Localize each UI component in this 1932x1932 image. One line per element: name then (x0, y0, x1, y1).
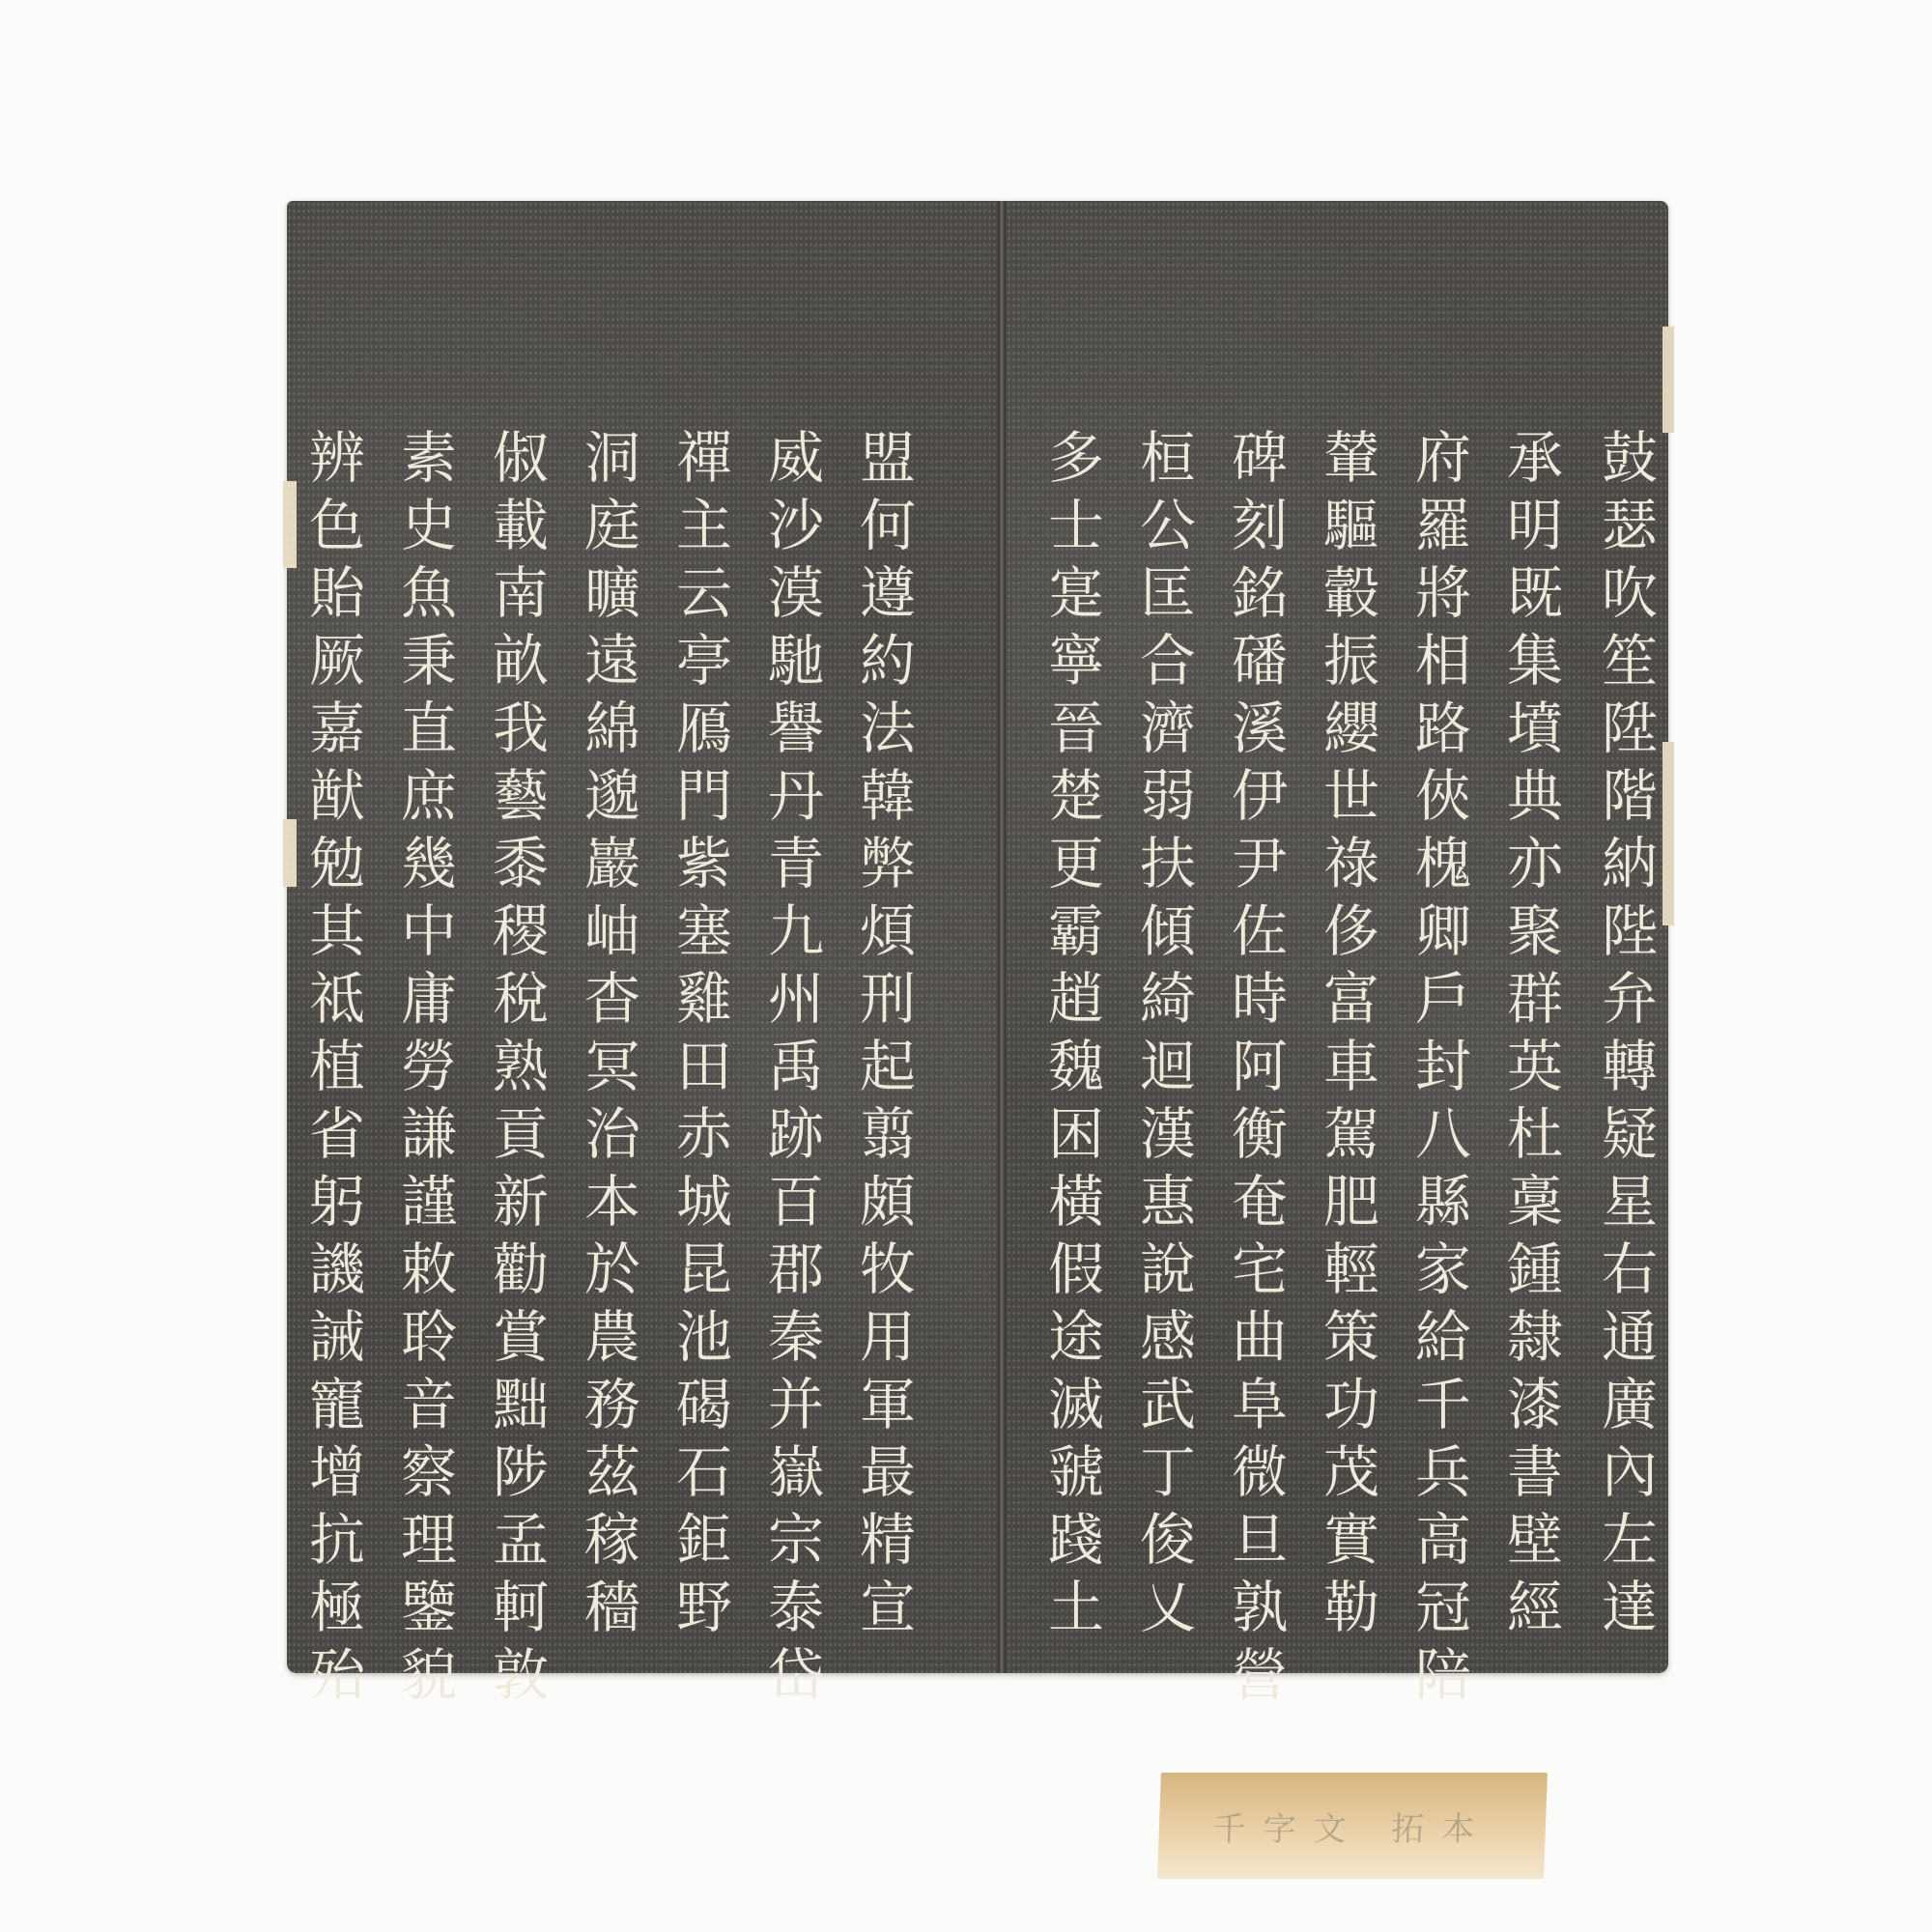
character: 策 (1323, 1309, 1379, 1377)
character: 農 (584, 1309, 640, 1377)
character: 感 (1140, 1309, 1196, 1377)
character: 輕 (1323, 1241, 1379, 1309)
character: 孰 (1232, 1579, 1288, 1647)
character: 熟 (493, 1038, 549, 1106)
character: 阿 (1232, 1038, 1288, 1106)
character: 功 (1323, 1377, 1379, 1444)
character: 伊 (1232, 768, 1288, 836)
character: 右 (1602, 1241, 1658, 1309)
character: 增 (309, 1444, 365, 1512)
character: 衡 (1232, 1106, 1288, 1174)
character: 武 (1140, 1377, 1196, 1444)
character: 嶽 (768, 1444, 824, 1512)
character: 綺 (1140, 971, 1196, 1038)
character: 英 (1507, 1038, 1563, 1106)
character: 明 (1507, 497, 1563, 565)
character: 纓 (1323, 700, 1379, 768)
label-slip: 千字文 拓本 (1157, 1773, 1548, 1879)
character: 沙 (768, 497, 824, 565)
character: 起 (860, 1038, 916, 1106)
text-column: 俶載南畝我藝黍稷稅熟貢新勸賞黜陟孟軻敦 (493, 430, 549, 1715)
character: 青 (768, 836, 824, 903)
character: 稅 (493, 971, 549, 1038)
character: 賞 (493, 1309, 549, 1377)
character: 譏 (309, 1241, 365, 1309)
character: 經 (1507, 1579, 1563, 1647)
character: 士 (1048, 497, 1104, 565)
character: 星 (1602, 1174, 1658, 1241)
character: 翦 (860, 1106, 916, 1174)
character: 聆 (401, 1309, 457, 1377)
character: 刻 (1232, 497, 1288, 565)
character: 書 (1507, 1444, 1563, 1512)
character: 猷 (309, 768, 365, 836)
character: 漠 (768, 565, 824, 633)
character: 尹 (1232, 836, 1288, 903)
character: 驅 (1323, 497, 1379, 565)
character: 主 (676, 497, 732, 565)
character: 約 (860, 633, 916, 700)
character: 侈 (1323, 903, 1379, 971)
character: 宅 (1232, 1241, 1288, 1309)
character: 匡 (1140, 565, 1196, 633)
character: 趙 (1048, 971, 1104, 1038)
text-column: 辨色貽厥嘉猷勉其祗植省躬譏誡寵增抗極殆 (309, 430, 365, 1715)
character: 牧 (860, 1241, 916, 1309)
character: 宗 (768, 1512, 824, 1579)
character: 貌 (401, 1647, 457, 1715)
character: 極 (309, 1579, 365, 1647)
character: 溪 (1232, 700, 1288, 768)
character: 轉 (1602, 1038, 1658, 1106)
text-column: 輦驅轂振纓世祿侈富車駕肥輕策功茂實勒 (1323, 430, 1379, 1647)
character: 俠 (1415, 768, 1471, 836)
character: 營 (1232, 1647, 1288, 1715)
character: 封 (1415, 1038, 1471, 1106)
character: 嘉 (309, 700, 365, 768)
character: 丹 (768, 768, 824, 836)
character: 赤 (676, 1106, 732, 1174)
character: 謙 (401, 1106, 457, 1174)
character: 躬 (309, 1174, 365, 1241)
character: 塞 (676, 903, 732, 971)
character: 用 (860, 1309, 916, 1377)
character: 寔 (1048, 565, 1104, 633)
character: 載 (493, 497, 549, 565)
character: 庶 (401, 768, 457, 836)
character: 宣 (860, 1579, 916, 1647)
character: 途 (1048, 1309, 1104, 1377)
character: 千 (1415, 1377, 1471, 1444)
character: 疑 (1602, 1106, 1658, 1174)
character: 本 (584, 1174, 640, 1241)
character: 秉 (401, 633, 457, 700)
character: 陛 (1602, 903, 1658, 971)
character: 陞 (1602, 700, 1658, 768)
character: 抗 (309, 1512, 365, 1579)
character: 實 (1323, 1512, 1379, 1579)
character: 俶 (493, 430, 549, 497)
character: 理 (401, 1512, 457, 1579)
character: 微 (1232, 1444, 1288, 1512)
character: 弱 (1140, 768, 1196, 836)
character: 察 (401, 1444, 457, 1512)
character: 將 (1415, 565, 1471, 633)
character: 漆 (1507, 1377, 1563, 1444)
text-column: 碑刻銘磻溪伊尹佐時阿衡奄宅曲阜微旦孰營 (1232, 430, 1288, 1715)
character: 亭 (676, 633, 732, 700)
character: 多 (1048, 430, 1104, 497)
character: 法 (860, 700, 916, 768)
character: 集 (1507, 633, 1563, 700)
character: 泰 (768, 1579, 824, 1647)
character: 俊 (1140, 1512, 1196, 1579)
character: 畝 (493, 633, 549, 700)
character: 魏 (1048, 1038, 1104, 1106)
text-column: 威沙漠馳譽丹青九州禹跡百郡秦并嶽宗泰岱 (768, 430, 824, 1715)
torn-edge (1662, 742, 1674, 925)
character: 奄 (1232, 1174, 1288, 1241)
character: 野 (676, 1579, 732, 1647)
character: 煩 (860, 903, 916, 971)
character: 譽 (768, 700, 824, 768)
character: 軻 (493, 1579, 549, 1647)
character: 左 (1602, 1512, 1658, 1579)
character: 冠 (1415, 1579, 1471, 1647)
character: 史 (401, 497, 457, 565)
character: 鼓 (1602, 430, 1658, 497)
character: 素 (401, 430, 457, 497)
text-column: 禪主云亭鴈門紫塞雞田赤城昆池碣石鉅野 (676, 430, 732, 1647)
character: 精 (860, 1512, 916, 1579)
character: 藝 (493, 768, 549, 836)
character: 孟 (493, 1512, 549, 1579)
character: 亦 (1507, 836, 1563, 903)
character: 祗 (309, 971, 365, 1038)
text-column: 盟何遵約法韓弊煩刑起翦頗牧用軍最精宣 (860, 430, 916, 1647)
character: 公 (1140, 497, 1196, 565)
character: 戶 (1415, 971, 1471, 1038)
character: 新 (493, 1174, 549, 1241)
character: 曠 (584, 565, 640, 633)
character: 滅 (1048, 1377, 1104, 1444)
character: 威 (768, 430, 824, 497)
character: 八 (1415, 1106, 1471, 1174)
character: 阜 (1232, 1377, 1288, 1444)
character: 羅 (1415, 497, 1471, 565)
character: 祿 (1323, 836, 1379, 903)
character: 九 (768, 903, 824, 971)
character: 困 (1048, 1106, 1104, 1174)
character: 誡 (309, 1309, 365, 1377)
character: 田 (676, 1038, 732, 1106)
character: 池 (676, 1309, 732, 1377)
character: 旦 (1232, 1512, 1288, 1579)
character: 轂 (1323, 565, 1379, 633)
character: 黜 (493, 1377, 549, 1444)
text-column: 素史魚秉直庶幾中庸勞謙謹敕聆音察理鑒貌 (401, 430, 457, 1715)
label-slip-text: 千字文 拓本 (1212, 1803, 1493, 1850)
text-column: 鼓瑟吹笙陞階納陛弁轉疑星右通廣內左達 (1602, 430, 1658, 1647)
character: 殆 (309, 1647, 365, 1715)
character: 敦 (493, 1647, 549, 1715)
character: 卿 (1415, 903, 1471, 971)
character: 兵 (1415, 1444, 1471, 1512)
character: 城 (676, 1174, 732, 1241)
character: 土 (1048, 1579, 1104, 1647)
book-spine (998, 201, 1006, 1673)
character: 扶 (1140, 836, 1196, 903)
character: 杜 (1507, 1106, 1563, 1174)
character: 迴 (1140, 1038, 1196, 1106)
character: 邈 (584, 768, 640, 836)
character: 何 (860, 497, 916, 565)
character: 鴈 (676, 700, 732, 768)
character: 百 (768, 1174, 824, 1241)
character: 跡 (768, 1106, 824, 1174)
character: 縣 (1415, 1174, 1471, 1241)
character: 雞 (676, 971, 732, 1038)
character: 家 (1415, 1241, 1471, 1309)
torn-edge (283, 481, 297, 568)
character: 高 (1415, 1512, 1471, 1579)
character: 茂 (1323, 1444, 1379, 1512)
character: 庭 (584, 497, 640, 565)
character: 群 (1507, 971, 1563, 1038)
character: 弊 (860, 836, 916, 903)
character: 車 (1323, 1038, 1379, 1106)
character: 岫 (584, 903, 640, 971)
character: 廣 (1602, 1377, 1658, 1444)
character: 遵 (860, 565, 916, 633)
character: 納 (1602, 836, 1658, 903)
character: 槐 (1415, 836, 1471, 903)
character: 說 (1140, 1241, 1196, 1309)
character: 合 (1140, 633, 1196, 700)
character: 禪 (676, 430, 732, 497)
character: 陪 (1415, 1647, 1471, 1715)
character: 綿 (584, 700, 640, 768)
character: 時 (1232, 971, 1288, 1038)
character: 音 (401, 1377, 457, 1444)
character: 盟 (860, 430, 916, 497)
text-column: 桓公匡合濟弱扶傾綺迴漢惠說感武丁俊乂 (1140, 430, 1196, 1647)
character: 輦 (1323, 430, 1379, 497)
character: 巖 (584, 836, 640, 903)
character: 於 (584, 1241, 640, 1309)
character: 岱 (768, 1647, 824, 1715)
character: 既 (1507, 565, 1563, 633)
character: 弁 (1602, 971, 1658, 1038)
character: 給 (1415, 1309, 1471, 1377)
character: 丁 (1140, 1444, 1196, 1512)
character: 濟 (1140, 700, 1196, 768)
character: 植 (309, 1038, 365, 1106)
character: 石 (676, 1444, 732, 1512)
character: 中 (401, 903, 457, 971)
torn-edge (1662, 327, 1674, 433)
character: 省 (309, 1106, 365, 1174)
character: 承 (1507, 430, 1563, 497)
character: 杳 (584, 971, 640, 1038)
character: 橫 (1048, 1174, 1104, 1241)
character: 墳 (1507, 700, 1563, 768)
character: 刑 (860, 971, 916, 1038)
character: 肥 (1323, 1174, 1379, 1241)
character: 幾 (401, 836, 457, 903)
character: 我 (493, 700, 549, 768)
character: 晉 (1048, 700, 1104, 768)
character: 惠 (1140, 1174, 1196, 1241)
character: 遠 (584, 633, 640, 700)
character: 駕 (1323, 1106, 1379, 1174)
character: 治 (584, 1106, 640, 1174)
character: 寵 (309, 1377, 365, 1444)
character: 稾 (1507, 1174, 1563, 1241)
character: 秦 (768, 1309, 824, 1377)
character: 穡 (584, 1579, 640, 1647)
character: 南 (493, 565, 549, 633)
character: 更 (1048, 836, 1104, 903)
character: 寧 (1048, 633, 1104, 700)
character: 富 (1323, 971, 1379, 1038)
character: 壁 (1507, 1512, 1563, 1579)
character: 色 (309, 497, 365, 565)
character: 貢 (493, 1106, 549, 1174)
character: 最 (860, 1444, 916, 1512)
character: 漢 (1140, 1106, 1196, 1174)
character: 鉅 (676, 1512, 732, 1579)
text-column: 府羅將相路俠槐卿戶封八縣家給千兵高冠陪 (1415, 430, 1471, 1715)
character: 冥 (584, 1038, 640, 1106)
character: 紫 (676, 836, 732, 903)
character: 乂 (1140, 1579, 1196, 1647)
character: 韓 (860, 768, 916, 836)
character: 霸 (1048, 903, 1104, 971)
character: 隸 (1507, 1309, 1563, 1377)
character: 吹 (1602, 565, 1658, 633)
character: 笙 (1602, 633, 1658, 700)
character: 鍾 (1507, 1241, 1563, 1309)
character: 州 (768, 971, 824, 1038)
character: 其 (309, 903, 365, 971)
character: 勸 (493, 1241, 549, 1309)
character: 佐 (1232, 903, 1288, 971)
character: 茲 (584, 1444, 640, 1512)
character: 通 (1602, 1309, 1658, 1377)
character: 貽 (309, 565, 365, 633)
character: 世 (1323, 768, 1379, 836)
character: 陟 (493, 1444, 549, 1512)
character: 云 (676, 565, 732, 633)
character: 桓 (1140, 430, 1196, 497)
character: 勉 (309, 836, 365, 903)
character: 禹 (768, 1038, 824, 1106)
character: 振 (1323, 633, 1379, 700)
character: 踐 (1048, 1512, 1104, 1579)
character: 魚 (401, 565, 457, 633)
character: 軍 (860, 1377, 916, 1444)
character: 府 (1415, 430, 1471, 497)
character: 頗 (860, 1174, 916, 1241)
character: 敕 (401, 1241, 457, 1309)
character: 典 (1507, 768, 1563, 836)
character: 內 (1602, 1444, 1658, 1512)
character: 謹 (401, 1174, 457, 1241)
character: 稼 (584, 1512, 640, 1579)
character: 路 (1415, 700, 1471, 768)
character: 鑒 (401, 1579, 457, 1647)
character: 瑟 (1602, 497, 1658, 565)
character: 階 (1602, 768, 1658, 836)
character: 辨 (309, 430, 365, 497)
character: 磻 (1232, 633, 1288, 700)
character: 洞 (584, 430, 640, 497)
character: 達 (1602, 1579, 1658, 1647)
character: 假 (1048, 1241, 1104, 1309)
character: 務 (584, 1377, 640, 1444)
character: 曲 (1232, 1309, 1288, 1377)
character: 昆 (676, 1241, 732, 1309)
character: 門 (676, 768, 732, 836)
character: 勞 (401, 1038, 457, 1106)
character: 直 (401, 700, 457, 768)
character: 碣 (676, 1377, 732, 1444)
character: 楚 (1048, 768, 1104, 836)
torn-edge (283, 819, 297, 887)
character: 虢 (1048, 1444, 1104, 1512)
text-column: 承明既集墳典亦聚群英杜稾鍾隸漆書壁經 (1507, 430, 1563, 1647)
character: 銘 (1232, 565, 1288, 633)
character: 勒 (1323, 1579, 1379, 1647)
character: 庸 (401, 971, 457, 1038)
text-column: 多士寔寧晉楚更霸趙魏困橫假途滅虢踐土 (1048, 430, 1104, 1647)
character: 傾 (1140, 903, 1196, 971)
character: 聚 (1507, 903, 1563, 971)
character: 厥 (309, 633, 365, 700)
character: 碑 (1232, 430, 1288, 497)
character: 稷 (493, 903, 549, 971)
character: 郡 (768, 1241, 824, 1309)
character: 馳 (768, 633, 824, 700)
character: 并 (768, 1377, 824, 1444)
character: 黍 (493, 836, 549, 903)
character: 相 (1415, 633, 1471, 700)
text-column: 洞庭曠遠綿邈巖岫杳冥治本於農務茲稼穡 (584, 430, 640, 1647)
